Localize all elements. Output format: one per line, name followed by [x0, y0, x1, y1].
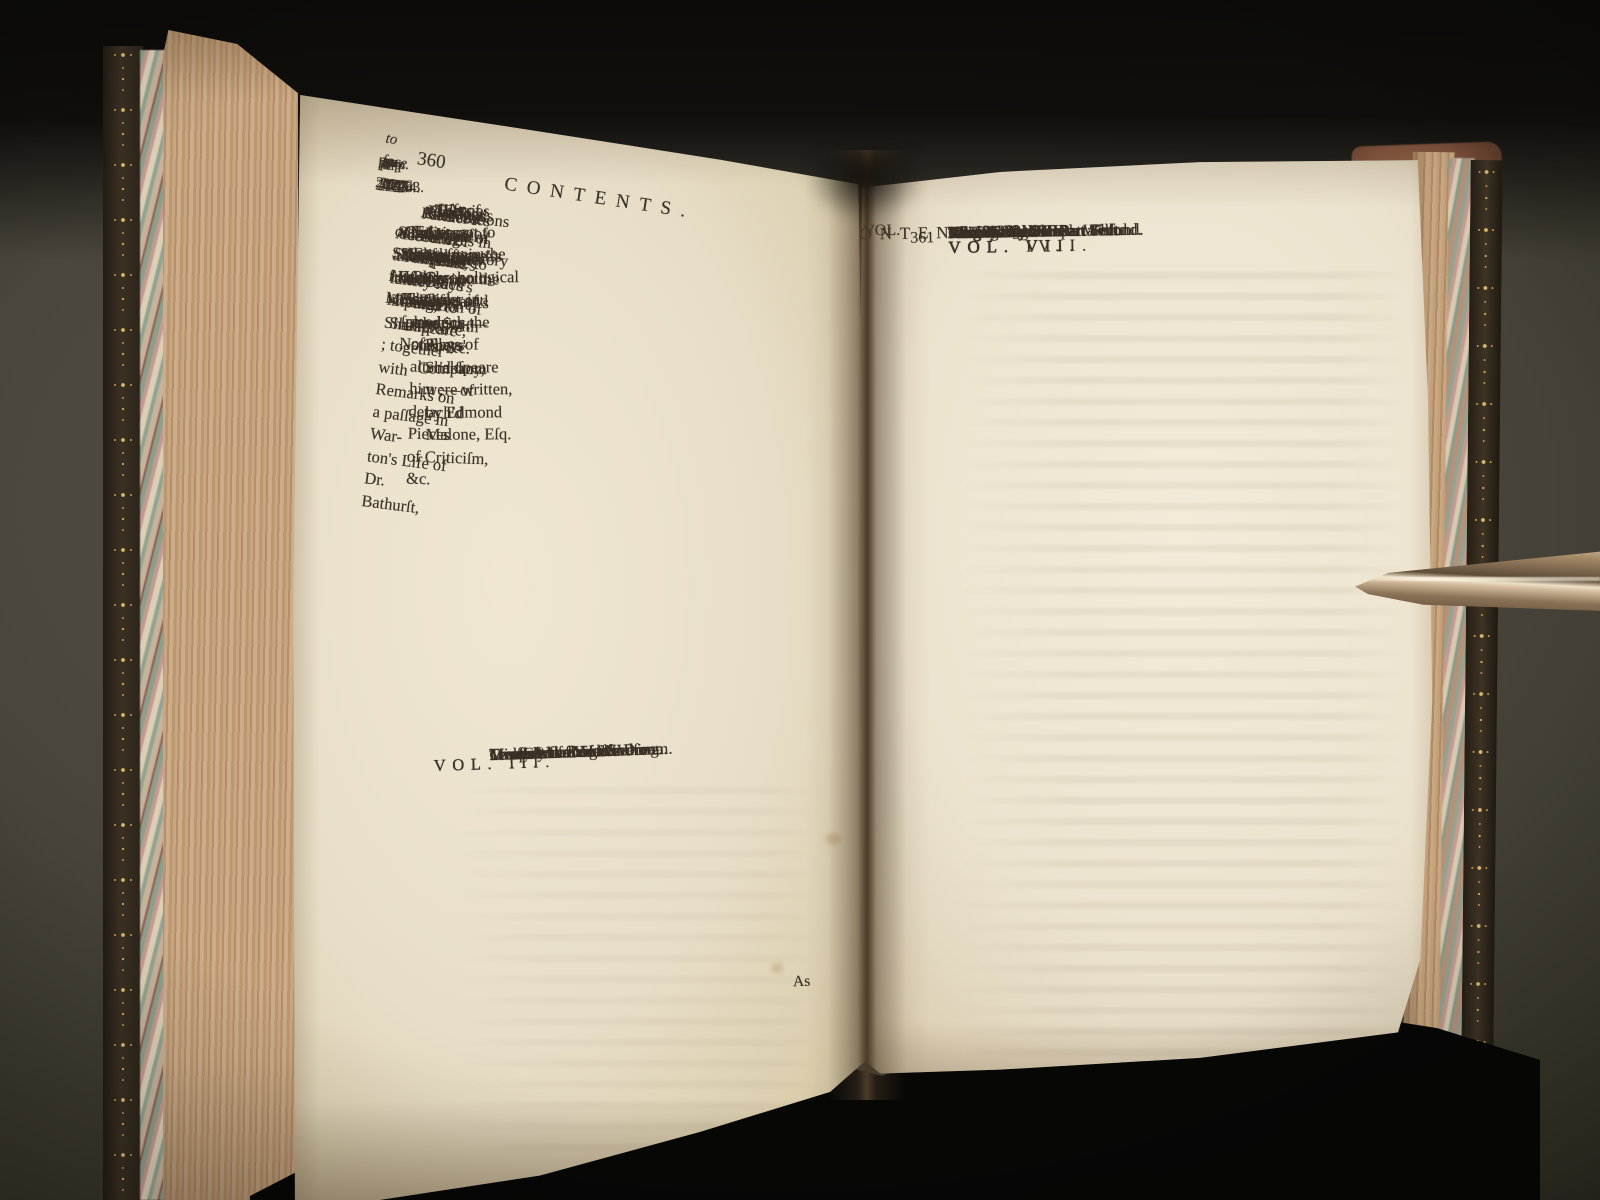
foxing-spot — [771, 963, 783, 973]
right-list-line: Titus Andronicus. — [948, 220, 1066, 244]
show-through-ghost — [455, 785, 815, 1165]
book-photo-scene: 360 CONTENTS. Fac-Simile of Shakſpeare's… — [0, 0, 1600, 1200]
left-list-line: Merchant of Venice. — [433, 736, 624, 770]
left-play-list: Tempeſt. Two Gentlemen of Verona. Merry … — [433, 729, 825, 743]
right-page: CONTENTS. 361 As You Like It. Taming of … — [852, 120, 1452, 1100]
toc-entry-text: An Attempt to aſcertain the Chronologica… — [424, 198, 520, 446]
gutter-top-shadow — [790, 150, 940, 240]
right-page-text: CONTENTS. 361 As You Like It. Taming of … — [948, 215, 1340, 222]
left-page-title: CONTENTS. — [503, 174, 697, 225]
blade-highlight — [1348, 577, 1600, 581]
page-gutter — [828, 150, 906, 1100]
left-text-block-fore-edge — [163, 30, 298, 1200]
left-page: 360 CONTENTS. Fac-Simile of Shakſpeare's… — [285, 85, 870, 1200]
left-catchword: As — [793, 973, 811, 992]
signature-mark: 3 — [1012, 224, 1020, 246]
show-through-ghost — [962, 270, 1402, 1070]
left-board-gilt-edge — [103, 46, 143, 1200]
toc-entry-page-ref: p. 283. — [397, 154, 424, 199]
